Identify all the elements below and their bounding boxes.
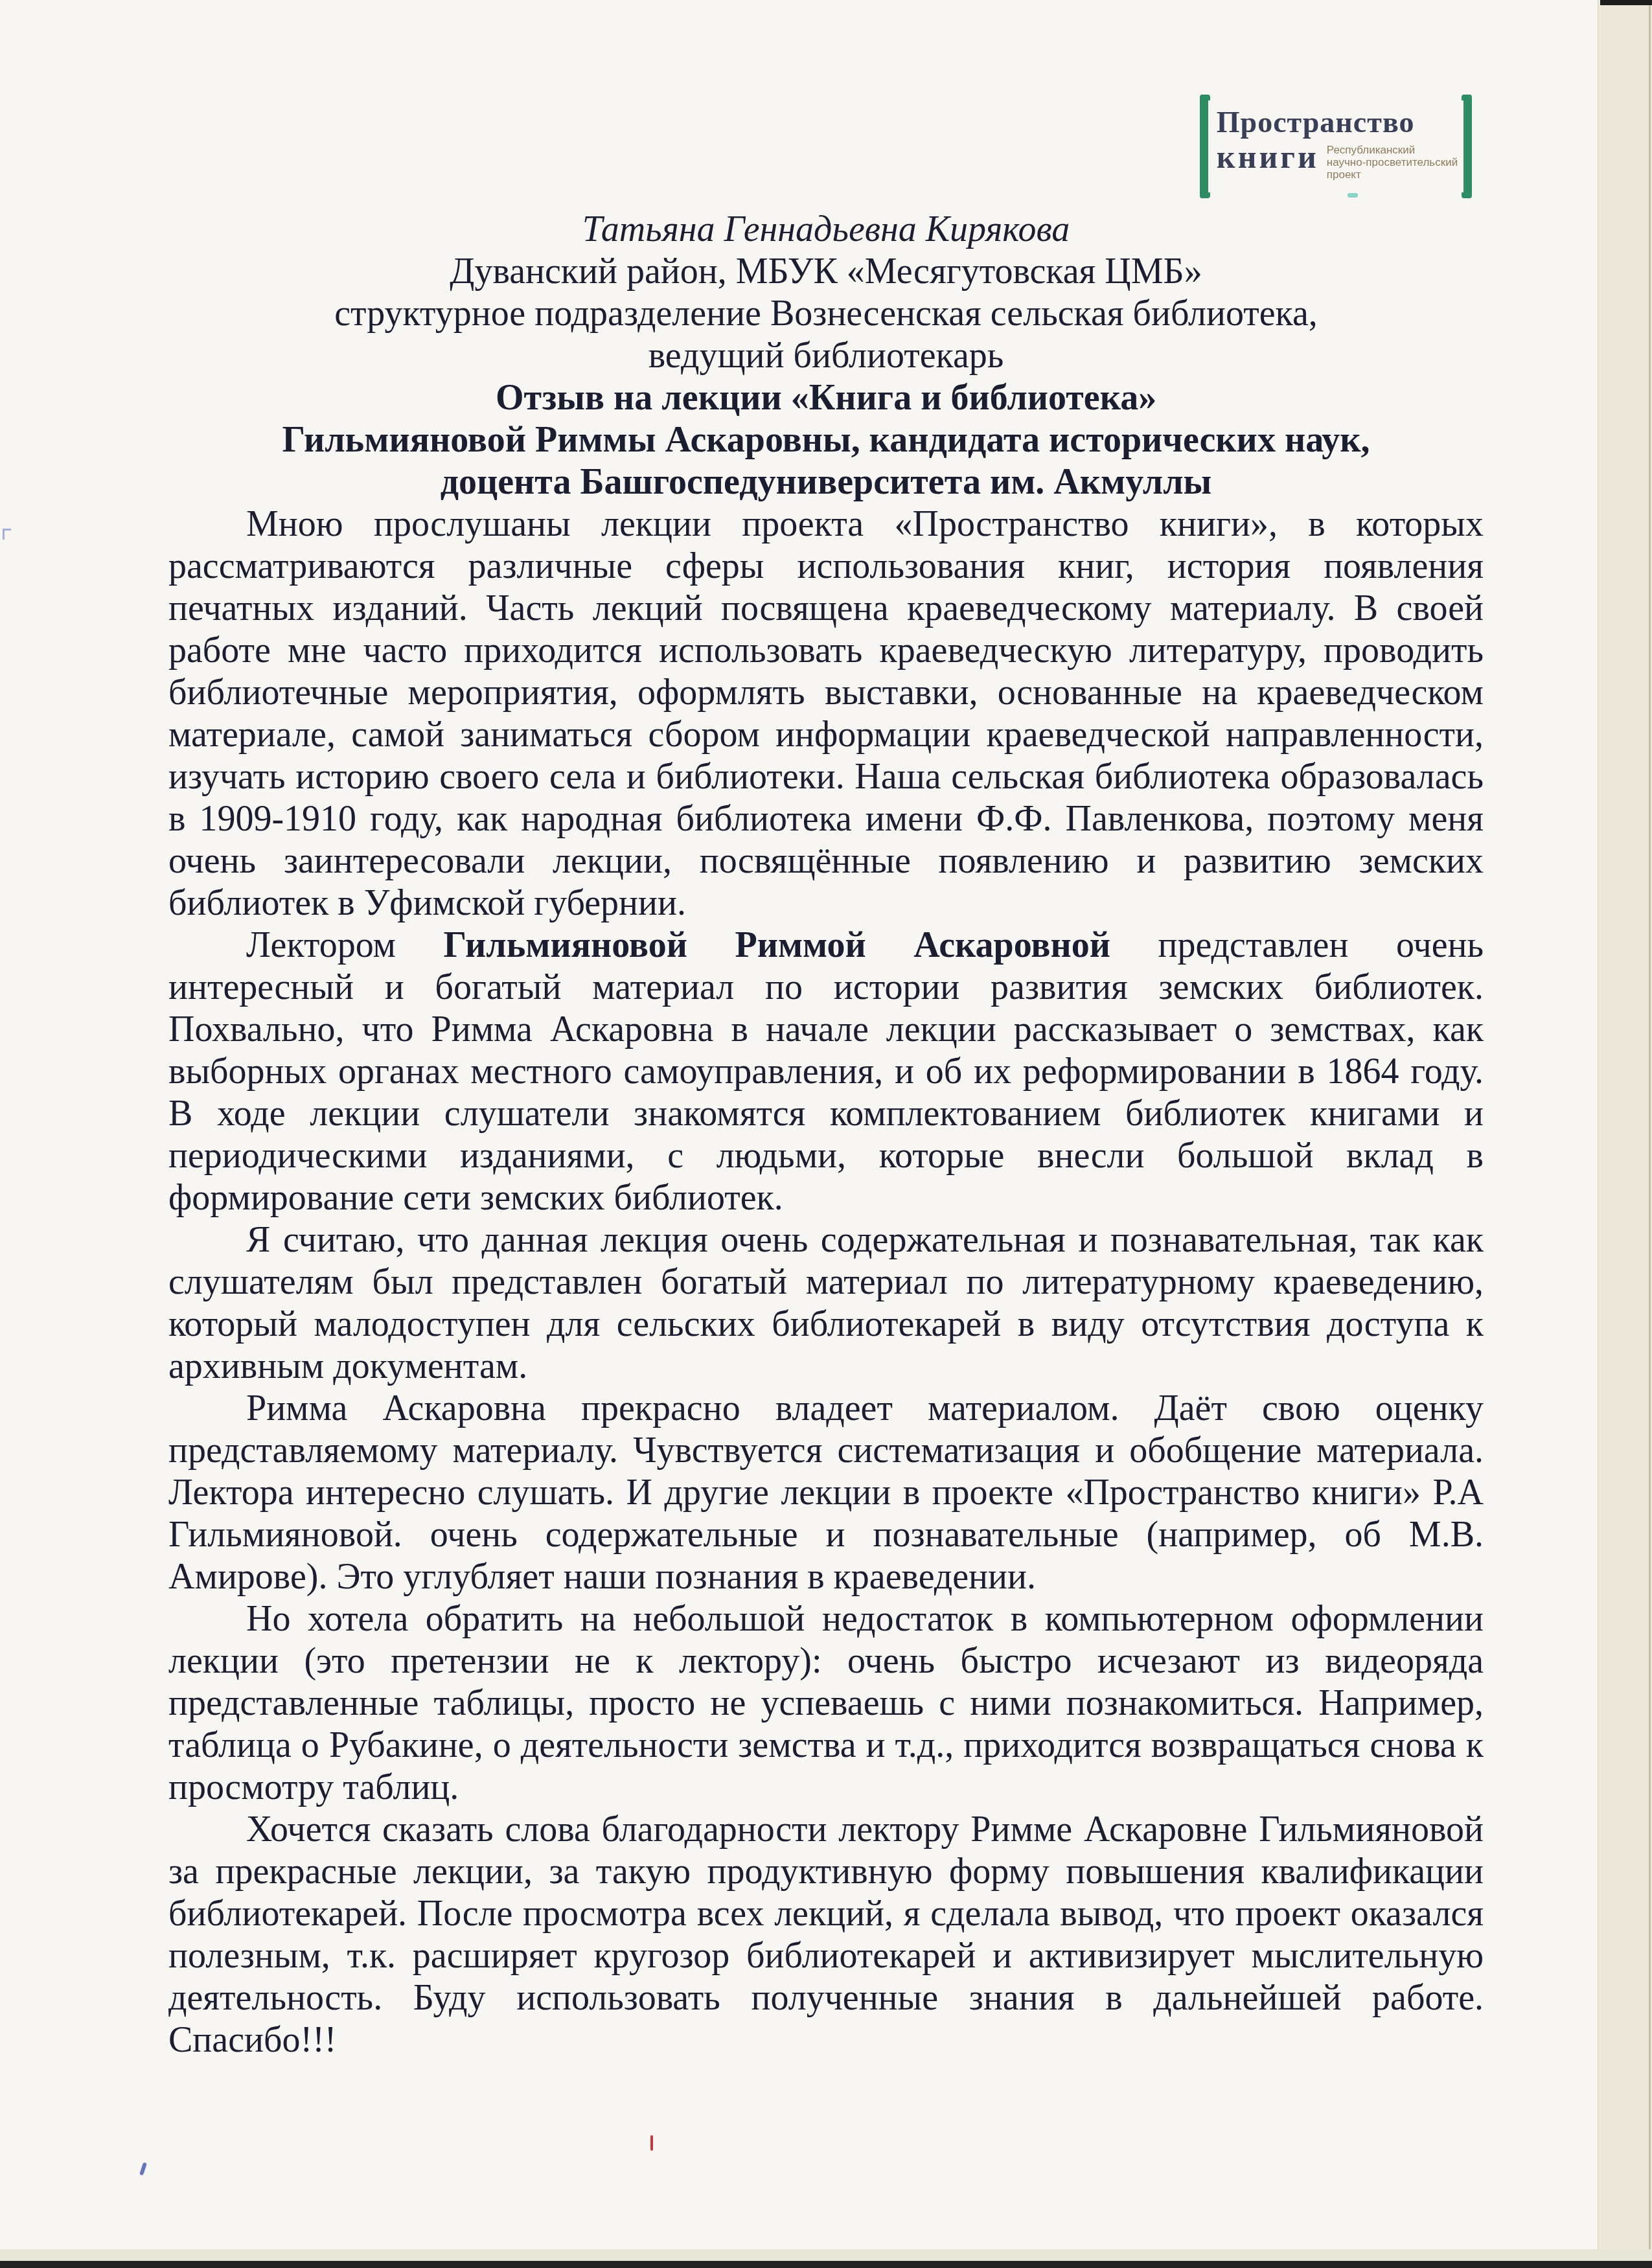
paragraph-text: Мною прослушаны лекции проекта «Простран… [168,504,1484,923]
organization-line1: Дуванский район, МБУК «Месягутовская ЦМБ… [168,251,1484,293]
organization-line3: ведущий библиотекарь [168,335,1484,377]
logo-right-bracket-icon [1462,95,1472,198]
scanned-document-page: Пространство книги Республиканский научн… [0,0,1652,2268]
paragraph-4: Римма Аскаровна прекрасно владеет матери… [168,1388,1484,1598]
paragraph-6: Хочется сказать слова благодарности лект… [168,1809,1484,2061]
scanner-background-strip [1598,0,1652,2268]
paragraph-5: Но хотела обратить на небольшой недостат… [168,1598,1484,1809]
scan-edge-line [1649,0,1651,2268]
paragraph-1: Мною прослушаны лекции проекта «Простран… [168,503,1484,924]
scan-dark-corner [1600,0,1652,5]
paragraph-text: Но хотела обратить на небольшой недостат… [168,1599,1484,1807]
logo-subtitle: Республиканский научно-просветительский … [1327,140,1458,181]
paragraph-text: Римма Аскаровна прекрасно владеет матери… [168,1388,1484,1597]
document-content: Татьяна Геннадьевна Кирякова Дуванский р… [168,209,1484,2061]
blue-edge-artifact [3,529,11,540]
scan-bottom-bar [0,2261,1652,2268]
paragraph-text: Хочется сказать слова благодарности лект… [168,1809,1484,2060]
blue-pen-mark [139,2162,147,2176]
organization-line2: структурное подразделение Вознесенская с… [168,293,1484,335]
author-line: Татьяна Геннадьевна Кирякова [168,209,1484,251]
paragraph-text: представлен очень интересный и богатый м… [168,925,1484,1218]
paragraph-2: Лектором Гильмияновой Риммой Аскаровной … [168,924,1484,1219]
paragraph-3: Я считаю, что данная лекция очень содерж… [168,1219,1484,1388]
logo-text-block: Пространство книги Республиканский научн… [1210,95,1462,198]
paragraph-text: Я считаю, что данная лекция очень содерж… [168,1220,1484,1386]
logo-subtitle-line2: научно-просветительский [1327,156,1458,168]
document-body: Мною прослушаны лекции проекта «Простран… [168,503,1484,2061]
paragraph-text: Лектором [246,925,444,965]
document-title-line2: Гильмияновой Риммы Аскаровны, кандидата … [168,419,1484,461]
document-title-line1: Отзыв на лекции «Книга и библиотека» [168,377,1484,419]
logo-title-line1: Пространство [1217,106,1458,139]
logo-subtitle-line1: Республиканский [1327,144,1458,156]
document-title-line3: доцента Башгоспедуниверситета им. Акмулл… [168,461,1484,503]
red-pen-mark [650,2135,653,2151]
logo-subtitle-line3: проект [1327,168,1458,181]
lecturer-name-bold: Гильмияновой Риммой Аскаровной [444,925,1111,965]
logo-title-line2: книги [1217,140,1319,174]
scan-bottom-strip [0,2249,1652,2261]
logo-left-bracket-icon [1200,95,1210,198]
project-logo: Пространство книги Республиканский научн… [1200,95,1472,198]
